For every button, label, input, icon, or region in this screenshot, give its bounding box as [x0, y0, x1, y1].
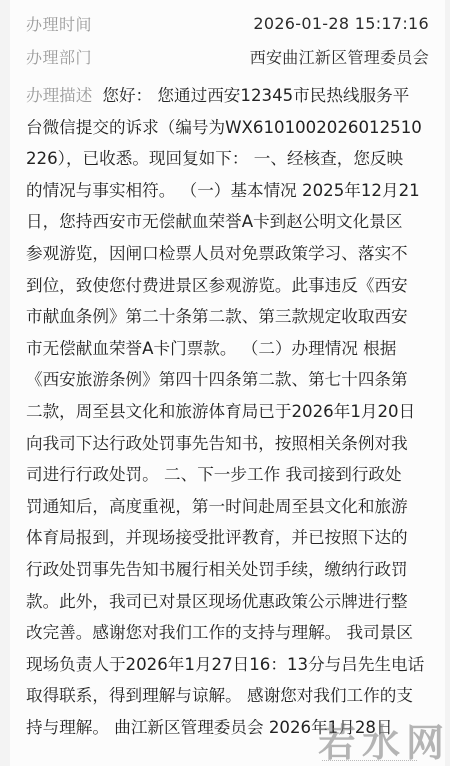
- description-line: 现场负责人于2026年1月27日16：13分与吕先生电话: [26, 649, 432, 681]
- handling-dept-value: 西安曲江新区管理委员会: [250, 45, 429, 68]
- description-line: 取得联系，得到理解与谅解。 感谢您对我们工作的支: [26, 680, 432, 712]
- handling-dept-label: 办理部门: [26, 45, 92, 68]
- description-line: 改完善。感谢您对我们工作的支持与理解。 我司景区: [26, 617, 432, 649]
- description-line: 司进行行政处罚。 二、下一步工作 我司接到行政处: [26, 459, 432, 491]
- description-line: 市献血条例》第二十条第二款、第三款规定收取西安: [26, 301, 432, 333]
- description-line: 市无偿献血荣誉A卡门票款。 （二）办理情况 根据: [26, 333, 432, 365]
- site-watermark: 若 水 网: [318, 712, 448, 762]
- description-line: 向我司下达行政处罚事先告知书，按照相关条例对我: [26, 428, 432, 460]
- record-card: 办理时间 2026-01-28 15:17:16 办理部门 西安曲江新区管理委员…: [10, 0, 445, 766]
- description-line: 台微信提交的诉求（编号为WX6101002026012510: [26, 112, 432, 144]
- handling-description: 办理描述您好： 您通过西安12345市民热线服务平 台微信提交的诉求（编号为WX…: [26, 80, 432, 743]
- description-line: 到位，致使您付费进景区参观游览。此事违反《西安: [26, 270, 432, 302]
- watermark-underline: [322, 760, 417, 763]
- watermark-char: 若: [318, 712, 360, 766]
- description-line: 罚通知后，高度重视，第一时间赴周至县文化和旅游: [26, 491, 432, 523]
- handling-time-row: 办理时间 2026-01-28 15:17:16: [26, 8, 429, 38]
- handling-dept-row: 办理部门 西安曲江新区管理委员会: [26, 41, 429, 71]
- handling-time-value: 2026-01-28 15:17:16: [253, 14, 429, 33]
- description-line: 的情况与事实相符。 （一）基本情况 2025年12月21: [26, 175, 432, 207]
- description-line: 《西安旅游条例》第四十四条第二款、第七十四条第: [26, 364, 432, 396]
- description-line: 办理描述您好： 您通过西安12345市民热线服务平: [26, 80, 432, 112]
- description-line: 226），已收悉。现回复如下： 一、经核查，您反映: [26, 143, 432, 175]
- handling-time-label: 办理时间: [26, 12, 92, 35]
- description-line: 款。此外，我司已对景区现场优惠政策公示牌进行整: [26, 586, 432, 618]
- watermark-char: 水: [362, 712, 404, 766]
- watermark-char: 网: [406, 712, 448, 766]
- description-line: 二款，周至县文化和旅游体育局已于2026年1月20日: [26, 396, 432, 428]
- description-line: 日，您持西安市无偿献血荣誉A卡到赵公明文化景区: [26, 206, 432, 238]
- description-line: 体育局报到，并现场接受批评教育，并已按照下达的: [26, 522, 432, 554]
- description-line: 参观游览，因闸口检票人员对免票政策学习、落实不: [26, 238, 432, 270]
- handling-desc-label: 办理描述: [26, 86, 92, 105]
- description-line: 行政处罚事先告知书履行相关处罚手续，缴纳行政罚: [26, 554, 432, 586]
